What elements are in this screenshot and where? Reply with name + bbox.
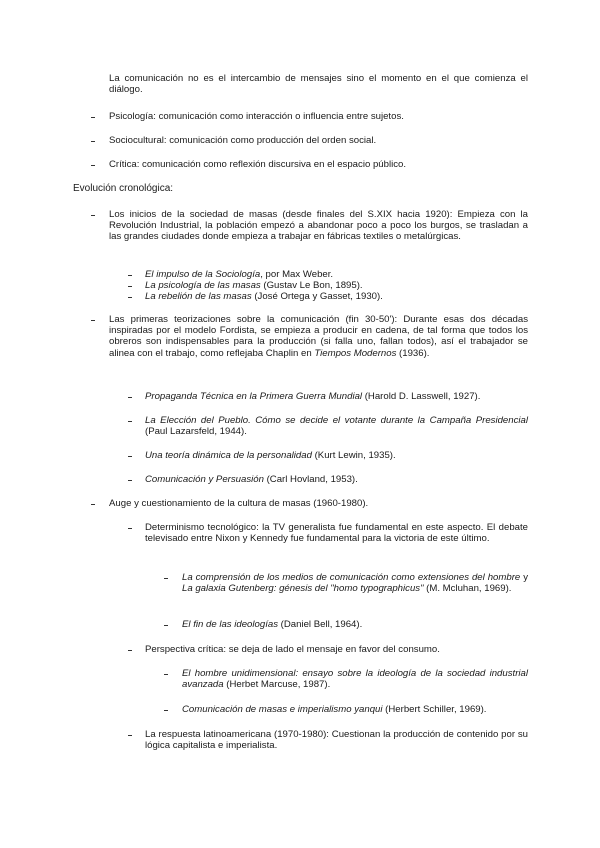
bullet-dash-icon xyxy=(164,674,168,675)
bullet-dash-icon xyxy=(128,297,132,298)
work-item: Comunicación y Persuasión (Carl Hovland,… xyxy=(145,474,358,485)
section-auge: Auge y cuestionamiento de la cultura de … xyxy=(109,498,368,509)
work-item: La Elección del Pueblo. Cómo se decide e… xyxy=(145,415,528,437)
subsection-perspectiva-critica: Perspectiva crítica: se deja de lado el … xyxy=(145,644,440,655)
perspective-critica: Crítica: comunicación como reflexión dis… xyxy=(109,159,406,170)
bullet-dash-icon xyxy=(91,117,95,118)
perspective-psicologia: Psicología: comunicación como interacció… xyxy=(109,111,404,122)
work-item: El impulso de la Sociología, por Max Web… xyxy=(145,269,333,280)
section-primeras-teorizaciones: Las primeras teorizaciones sobre la comu… xyxy=(109,314,528,359)
work-item: Comunicación de masas e imperialismo yan… xyxy=(182,704,486,715)
bullet-dash-icon xyxy=(128,286,132,287)
work-item: La comprensión de los medios de comunica… xyxy=(182,572,528,594)
bullet-dash-icon xyxy=(128,735,132,736)
bullet-dash-icon xyxy=(164,578,168,579)
bullet-dash-icon xyxy=(164,710,168,711)
bullet-dash-icon xyxy=(128,456,132,457)
intro-paragraph: La comunicación no es el intercambio de … xyxy=(109,73,528,95)
work-item: La psicología de las masas (Gustav Le Bo… xyxy=(145,280,363,291)
bullet-dash-icon xyxy=(128,528,132,529)
work-item: Propaganda Técnica en la Primera Guerra … xyxy=(145,391,480,402)
bullet-dash-icon xyxy=(91,165,95,166)
work-item: El hombre unidimensional: ensayo sobre l… xyxy=(182,668,528,690)
bullet-dash-icon xyxy=(128,650,132,651)
work-item: Una teoría dinámica de la personalidad (… xyxy=(145,450,396,461)
bullet-dash-icon xyxy=(128,421,132,422)
bullet-dash-icon xyxy=(91,141,95,142)
perspective-sociocultural: Sociocultural: comunicación como producc… xyxy=(109,135,376,146)
subsection-determinismo: Determinismo tecnológico: la TV generali… xyxy=(145,522,528,544)
bullet-dash-icon xyxy=(91,504,95,505)
section-heading: Evolución cronológica: xyxy=(73,183,173,194)
subsection-respuesta-latinoamericana: La respuesta latinoamericana (1970-1980)… xyxy=(145,729,528,751)
bullet-dash-icon xyxy=(128,480,132,481)
work-item: El fin de las ideologías (Daniel Bell, 1… xyxy=(182,619,362,630)
section-inicios: Los inicios de la sociedad de masas (des… xyxy=(109,209,528,243)
bullet-dash-icon xyxy=(128,397,132,398)
bullet-dash-icon xyxy=(91,215,95,216)
bullet-dash-icon xyxy=(91,320,95,321)
work-item: La rebelión de las masas (José Ortega y … xyxy=(145,291,383,302)
bullet-dash-icon xyxy=(128,275,132,276)
bullet-dash-icon xyxy=(164,625,168,626)
